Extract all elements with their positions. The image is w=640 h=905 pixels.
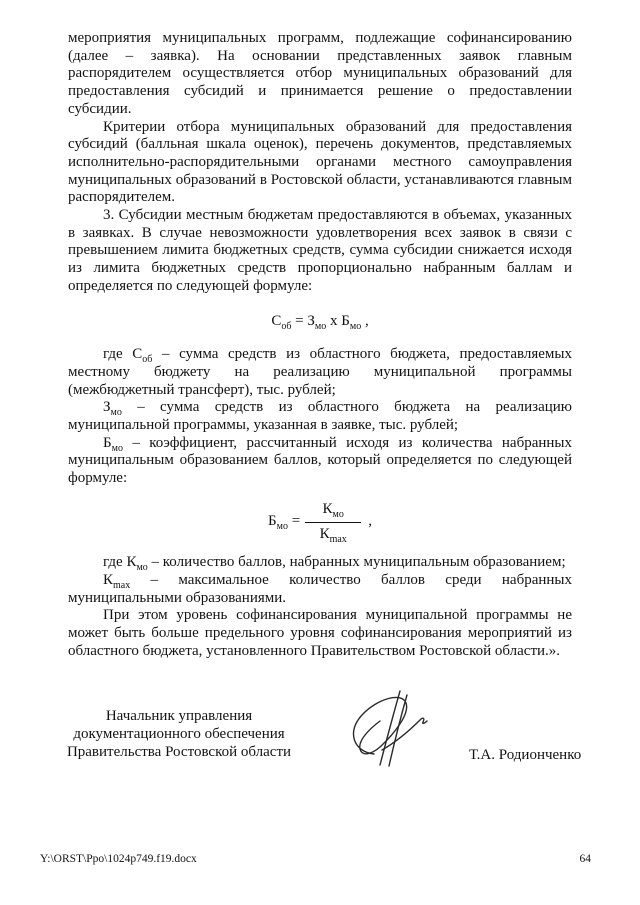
paragraph: где Соб – сумма средств из областного бю… [68, 346, 572, 399]
paragraph: Бмо – коэффициент, рассчитанный исходя и… [68, 435, 572, 488]
footer-page-number: 64 [580, 853, 592, 865]
paragraph: мероприятия муниципальных программ, подл… [68, 30, 572, 119]
signature-name: Т.А. Родионченко [469, 747, 581, 764]
handwritten-signature-icon [344, 688, 434, 768]
signature-title-line: Начальник управления [62, 707, 296, 725]
footer-file-path: Y:\ORST\Ppo\1024p749.f19.docx [40, 853, 197, 865]
paragraph: Критерии отбора муниципальных образовани… [68, 119, 572, 208]
paragraph: Кmax – максимальное количество баллов ср… [68, 572, 572, 607]
signature-title-line: документационного обеспечения [62, 725, 296, 743]
signature-titles: Начальник управления документационного о… [62, 707, 296, 761]
paragraph: 3. Субсидии местным бюджетам предоставля… [68, 207, 572, 296]
paragraph: Змо – сумма средств из областного бюджет… [68, 399, 572, 434]
fraction-formula: Бмо = КмоКmax, [68, 501, 572, 543]
document-body: мероприятия муниципальных программ, подл… [68, 30, 572, 661]
signature-title-line: Правительства Ростовской области [62, 743, 296, 761]
formula: Соб = Змо х Бмо , [68, 313, 572, 331]
document-page: мероприятия муниципальных программ, подл… [0, 0, 640, 905]
paragraph: где Кмо – количество баллов, набранных м… [68, 554, 572, 572]
paragraph: При этом уровень софинансирования муници… [68, 607, 572, 660]
